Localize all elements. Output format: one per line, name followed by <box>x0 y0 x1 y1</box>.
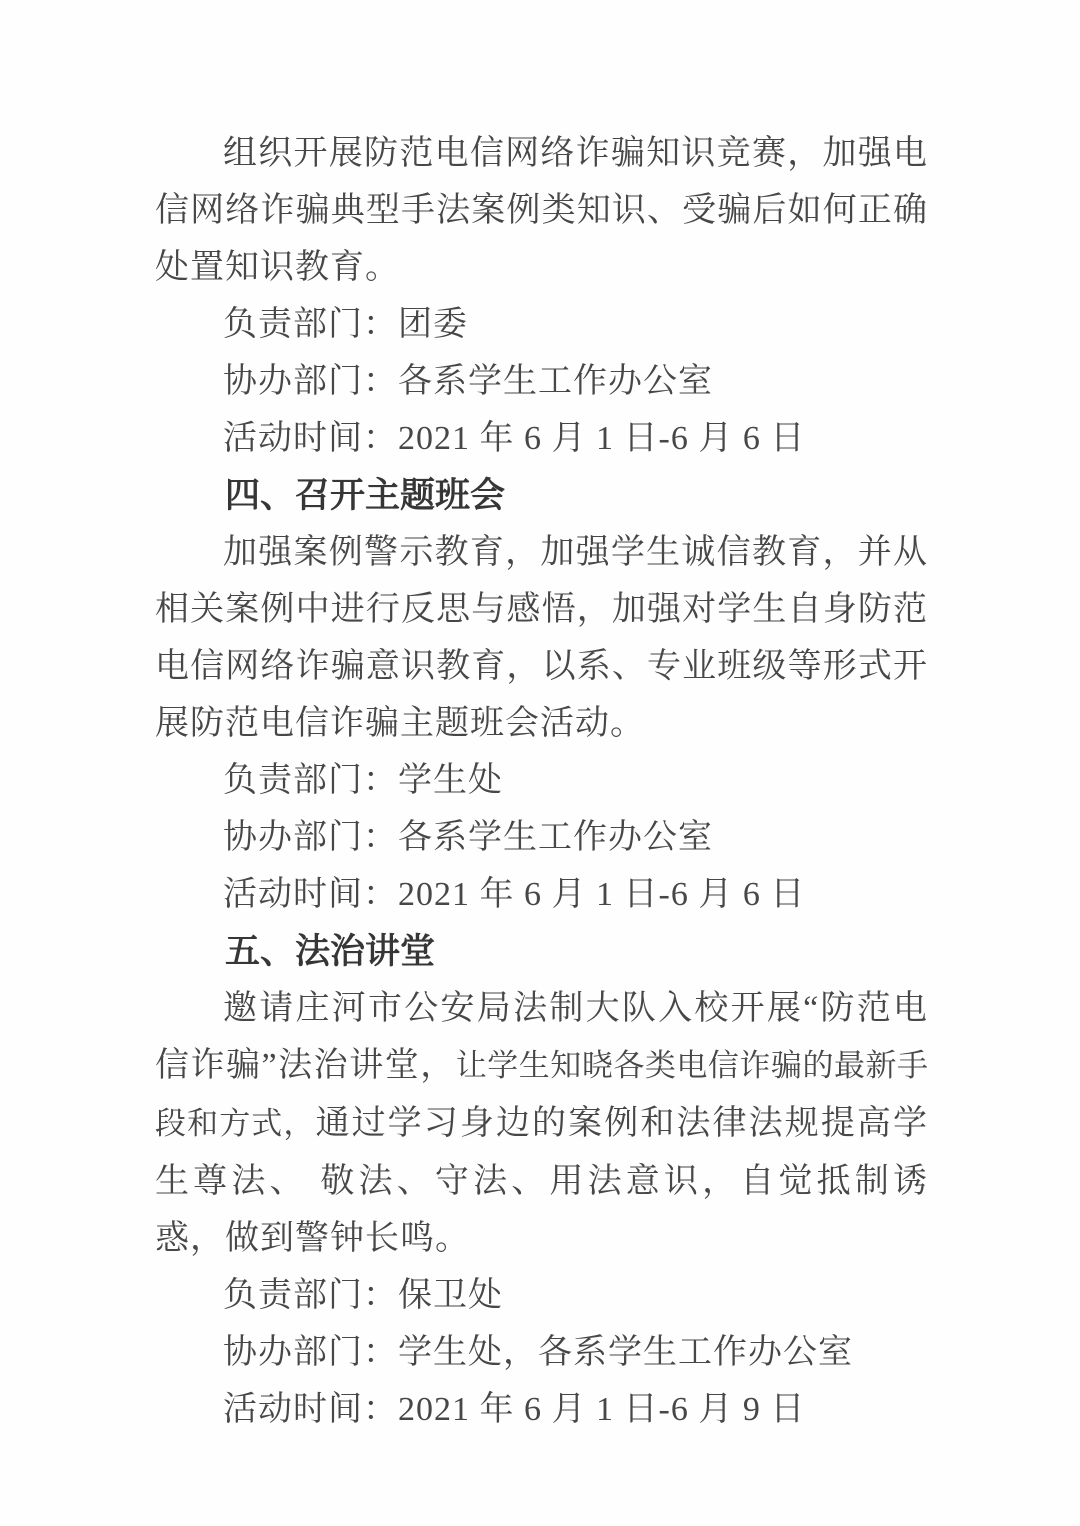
paragraph-contest: 组织开展防范电信网络诈骗知识竞赛，加强电信网络诈骗典型手法案例类知识、受骗后如何… <box>155 125 928 296</box>
assisting-dept-line: 协办部门：各系学生工作办公室 <box>155 809 928 866</box>
responsible-dept-line: 负责部门：团委 <box>155 296 928 353</box>
document-page: 组织开展防范电信网络诈骗知识竞赛，加强电信网络诈骗典型手法案例类知识、受骗后如何… <box>0 0 1080 1526</box>
activity-time-line: 活动时间：2021 年 6 月 1 日-6 月 6 日 <box>155 866 928 923</box>
section-heading-five: 五、法治讲堂 <box>155 923 928 980</box>
responsible-dept-line: 负责部门：学生处 <box>155 752 928 809</box>
responsible-dept-line: 负责部门：保卫处 <box>155 1267 928 1324</box>
section-law-lecture: 五、法治讲堂 邀请庄河市公安局法制大队入校开展“防范电信诈骗”法治讲堂，让学生知… <box>155 923 928 1438</box>
paragraph-law-lecture: 邀请庄河市公安局法制大队入校开展“防范电信诈骗”法治讲堂，让学生知晓各类电信诈骗… <box>155 980 928 1267</box>
assisting-dept-line: 协办部门：学生处，各系学生工作办公室 <box>155 1324 928 1381</box>
section-contest: 组织开展防范电信网络诈骗知识竞赛，加强电信网络诈骗典型手法案例类知识、受骗后如何… <box>155 125 928 467</box>
activity-time-line: 活动时间：2021 年 6 月 1 日-6 月 9 日 <box>155 1381 928 1438</box>
section-heading-four: 四、召开主题班会 <box>155 467 928 524</box>
section-class-meeting: 四、召开主题班会 加强案例警示教育，加强学生诚信教育，并从相关案例中进行反思与感… <box>155 467 928 923</box>
activity-time-line: 活动时间：2021 年 6 月 1 日-6 月 6 日 <box>155 410 928 467</box>
assisting-dept-line: 协办部门：各系学生工作办公室 <box>155 353 928 410</box>
paragraph-class-meeting: 加强案例警示教育，加强学生诚信教育，并从相关案例中进行反思与感悟，加强对学生自身… <box>155 524 928 752</box>
